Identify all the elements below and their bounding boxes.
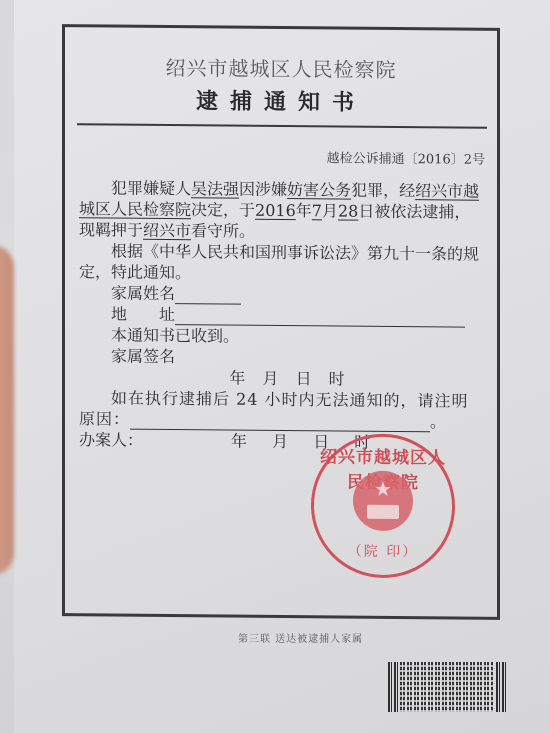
official-seal: 绍兴市越城区人民检察院 ★ （院 印）: [311, 433, 455, 578]
address-label: 地 址: [111, 305, 175, 325]
notice-body: 犯罪嫌疑人吴法强因涉嫌妨害公务犯罪，经绍兴市越城区人民检察院决定，于2016年7…: [79, 177, 483, 454]
family-signature-label: 家属签名: [79, 345, 483, 370]
notice-frame: 绍兴市越城区人民检察院 逮捕通知书 越检公诉捕通〔2016〕2号 犯罪嫌疑人吴法…: [62, 24, 500, 620]
copy-label: 第三联 送达被逮捕人家属: [238, 630, 363, 645]
family-name-label: 家属姓名: [111, 284, 175, 304]
arrest-paragraph: 犯罪嫌疑人吴法强因涉嫌妨害公务犯罪，经绍兴市越城区人民检察院决定，于2016年7…: [79, 177, 483, 244]
suspect-name: 吴法强: [191, 179, 239, 198]
arrest-day: 28: [338, 201, 358, 220]
text-segment: 。: [430, 412, 447, 431]
arrest-year: 2016: [255, 201, 296, 220]
legal-basis-paragraph: 根据《中华人民共和国刑事诉讼法》第九十一条的规定，特此通知。: [79, 240, 483, 286]
family-name-field[interactable]: [175, 287, 241, 305]
finger-holding-paper: [0, 245, 14, 575]
text-segment: 年: [296, 201, 312, 220]
charge: 妨害公务: [287, 180, 351, 200]
text-segment: 因涉嫌: [239, 180, 287, 199]
text-segment: 决定，于: [191, 200, 255, 220]
tiananmen-gate-icon: [367, 505, 399, 519]
issuing-organization: 绍兴市越城区人民检察院: [65, 51, 497, 84]
text-segment: 看守所。: [191, 221, 255, 241]
pdf417-barcode-icon: [388, 662, 506, 712]
national-emblem-icon: ★: [353, 471, 413, 532]
text-segment: 犯罪，经: [351, 181, 415, 201]
text-segment: 犯罪嫌疑人: [111, 179, 191, 199]
detention-city: 绍兴市: [143, 221, 191, 240]
barcode-data-region: [400, 662, 494, 712]
document-number: 越检公诉捕通〔2016〕2号: [327, 147, 485, 167]
document-title: 逮捕通知书: [65, 83, 497, 118]
arrest-month: 7: [312, 201, 322, 220]
seal-bottom-text: （院 印）: [314, 540, 452, 561]
title-divider: [77, 123, 487, 129]
star-icon: ★: [353, 477, 413, 502]
case-handler-label: 办案人：: [79, 430, 143, 450]
delay-note: 如在执行逮捕后 24 小时内无法通知的，请注明原因：。: [79, 387, 483, 433]
text-segment: 月: [322, 201, 338, 220]
